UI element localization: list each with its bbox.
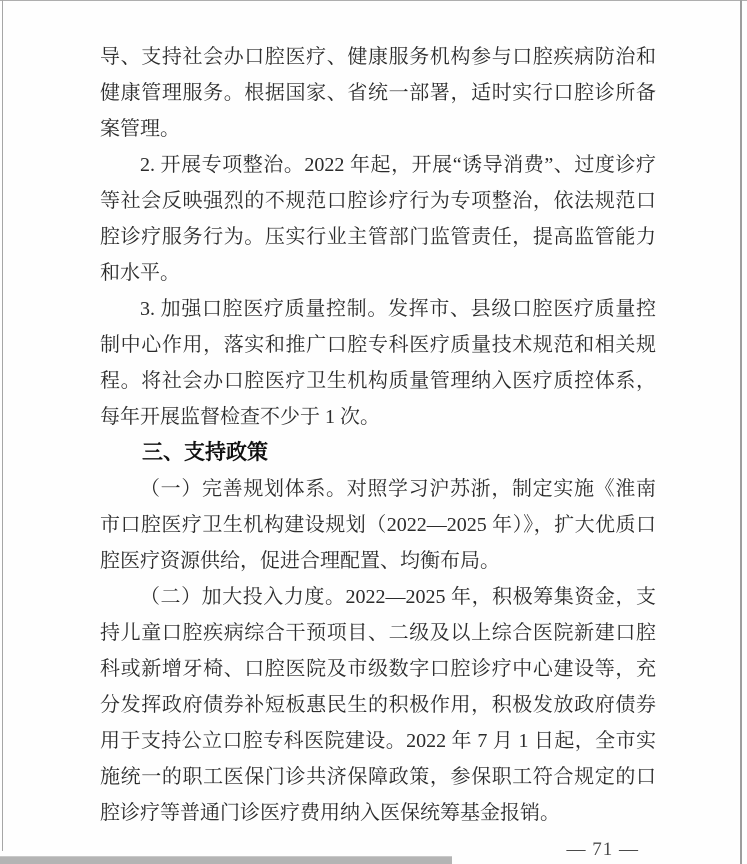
paragraph-planning-system: （一）完善规划体系。对照学习沪苏浙，制定实施《淮南市口腔医疗卫生机构建设规划（2… — [100, 471, 656, 579]
paragraph-special-rectification: 2. 开展专项整治。2022 年起，开展“诱导消费”、过度诊疗等社会反映强烈的不… — [100, 147, 656, 291]
section-heading-support-policies: 三、支持政策 — [100, 435, 656, 471]
paragraph-investment-intensity: （二）加大投入力度。2022—2025 年，积极筹集资金，支持儿童口腔疾病综合干… — [100, 579, 656, 831]
paragraph-social-dental-guidance: 导、支持社会办口腔医疗、健康服务机构参与口腔疾病防治和健康管理服务。根据国家、省… — [100, 39, 656, 147]
page-scan-edge-bottom — [0, 857, 452, 864]
page-scan-edge-left — [2, 0, 3, 851]
scanned-document-page: 导、支持社会办口腔医疗、健康服务机构参与口腔疾病防治和健康管理服务。根据国家、省… — [0, 0, 747, 864]
paragraph-quality-control: 3. 加强口腔医疗质量控制。发挥市、县级口腔医疗质量控制中心作用，落实和推广口腔… — [100, 291, 656, 435]
page-scan-edge-top — [0, 0, 747, 1]
page-scan-edge-right — [740, 0, 742, 864]
document-body: 导、支持社会办口腔医疗、健康服务机构参与口腔疾病防治和健康管理服务。根据国家、省… — [100, 39, 656, 831]
page-number: — 71 — — [567, 840, 640, 860]
